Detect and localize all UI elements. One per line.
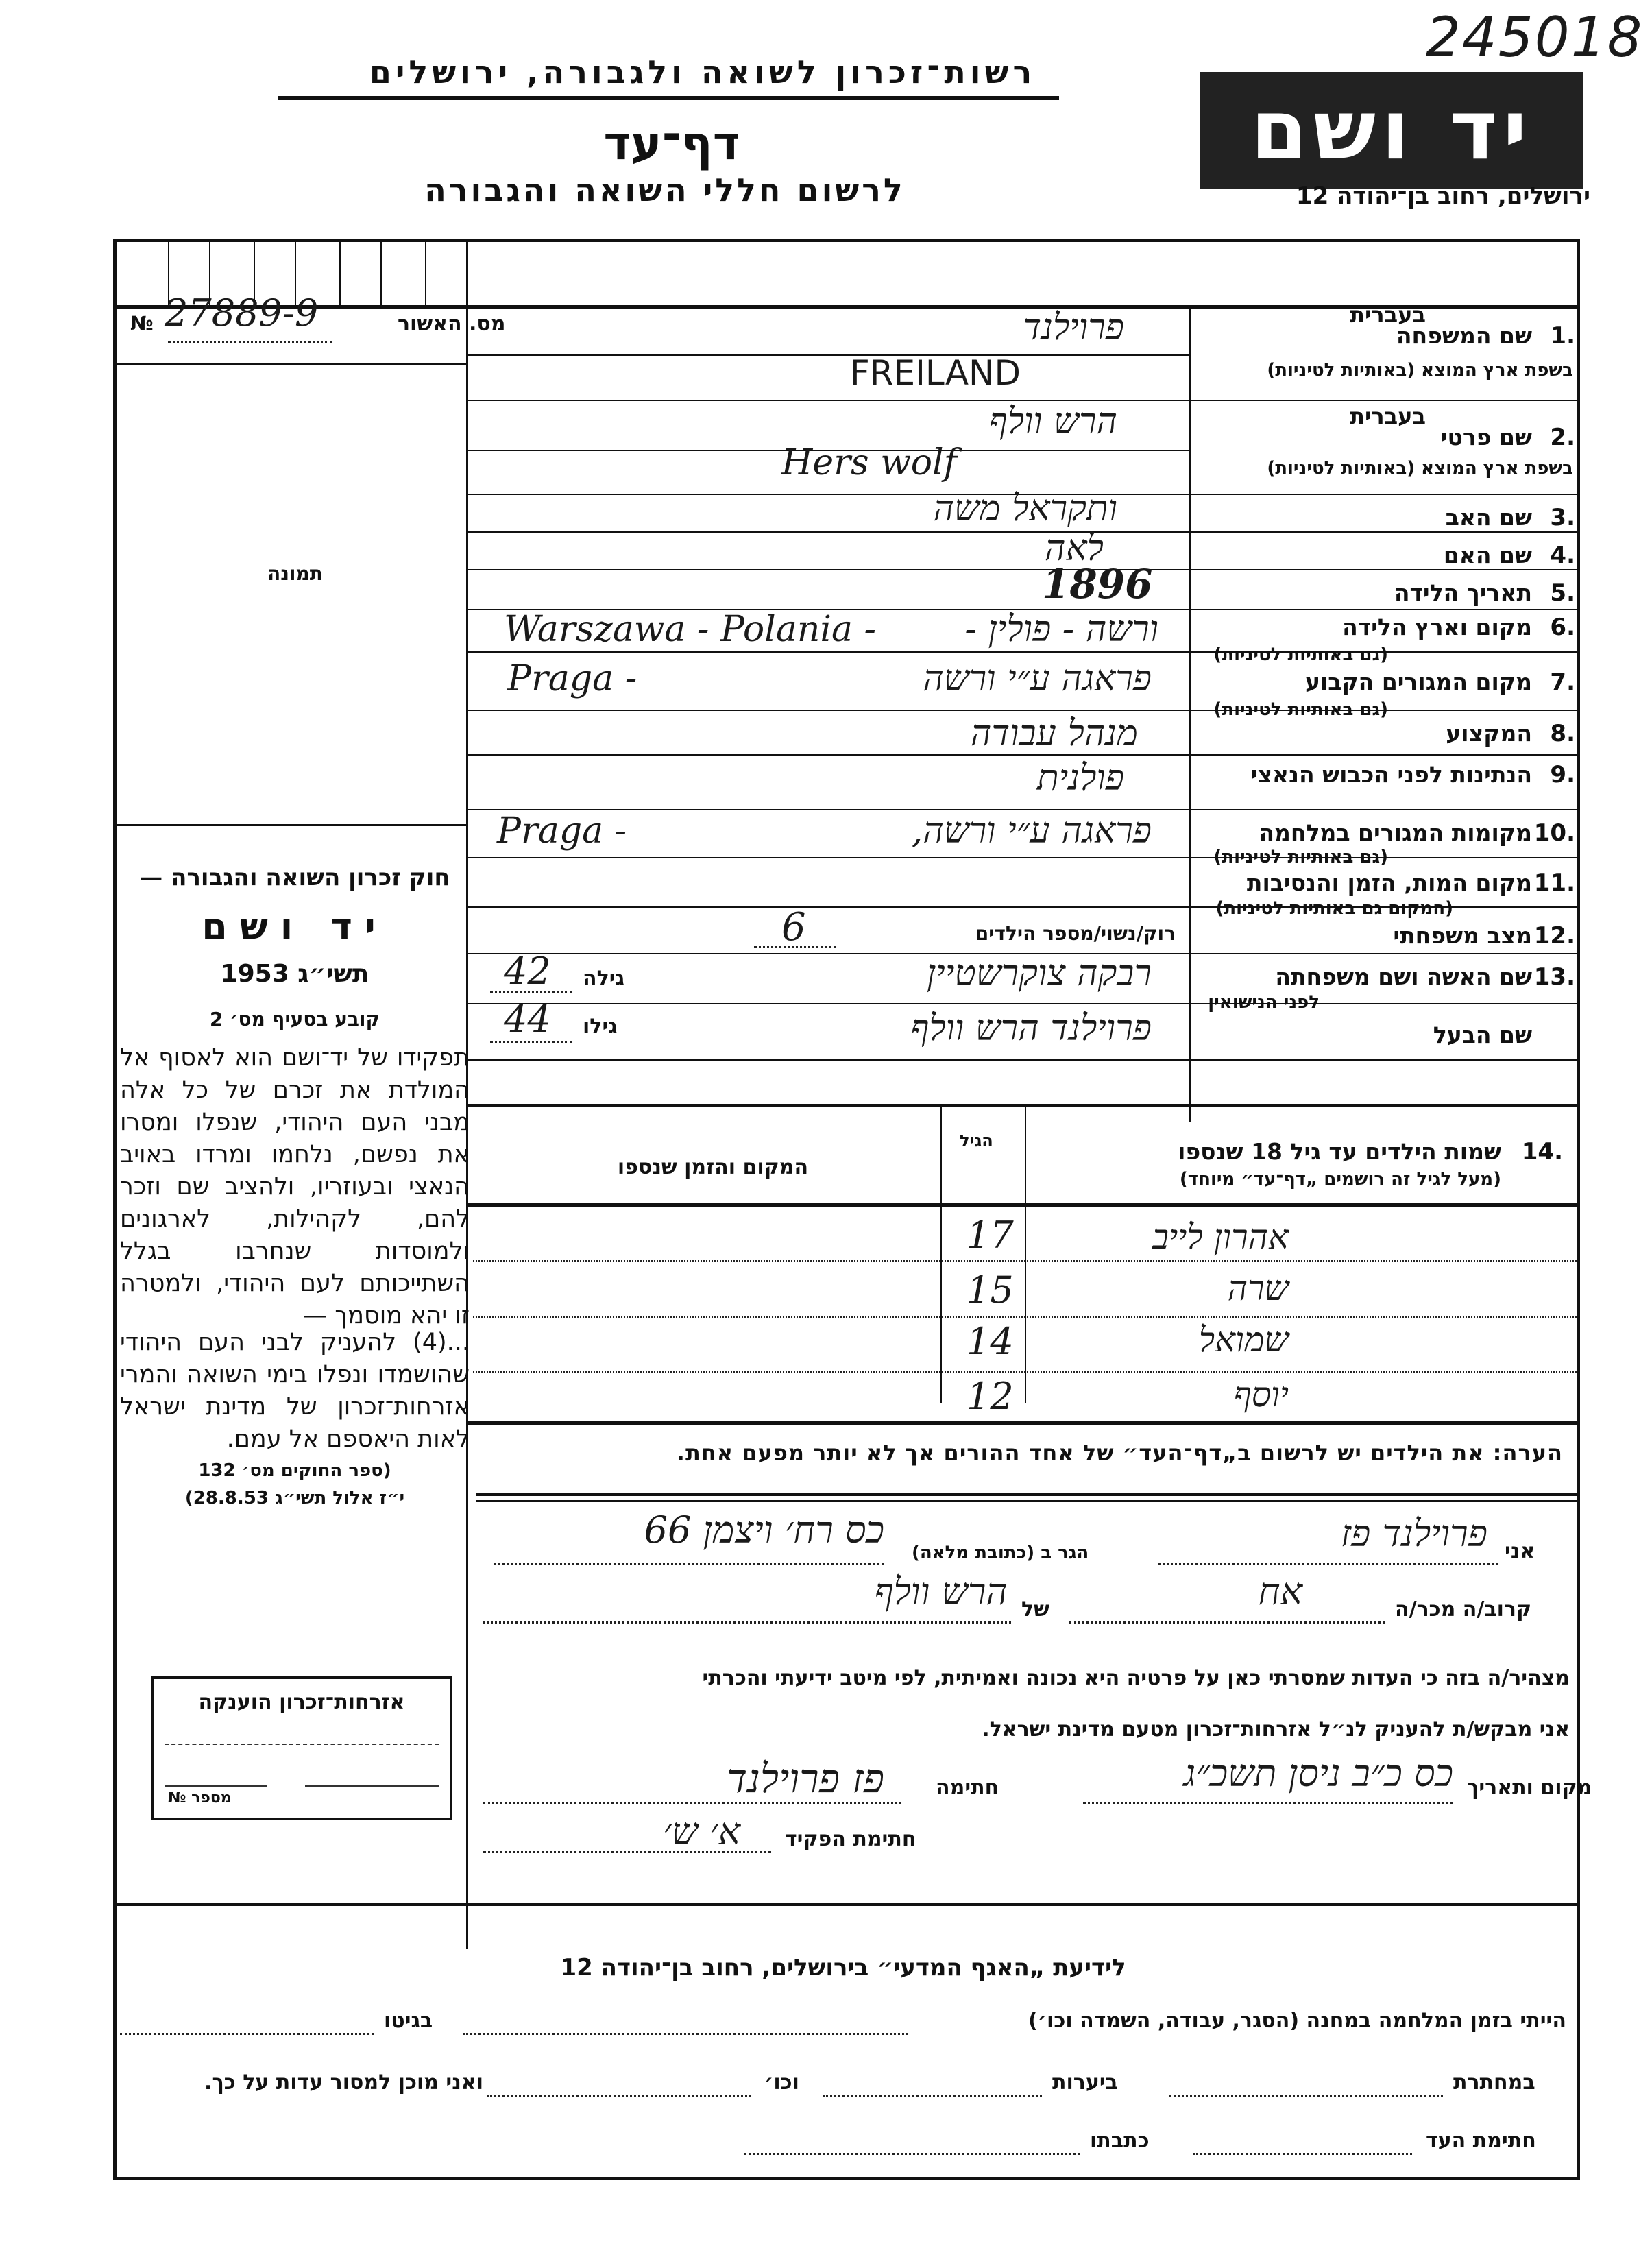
field-5-number: 5. — [1550, 579, 1575, 607]
children-note: הערה: את הילדים יש לרשום ב„דף־העד״ של אח… — [507, 1440, 1563, 1466]
wartime-residence-latin-value: Praga - — [497, 810, 627, 852]
birthplace-hebrew-value: ורשה - פולין - — [912, 609, 1158, 650]
underground-line — [1169, 2095, 1443, 2097]
father-name-value: ותקראל משה — [795, 488, 1117, 529]
children-names-subheader: (מעל לגיל זה רושמים „דף־עד״ מיוחד) — [1180, 1169, 1501, 1190]
ghetto-label: בגיטו — [384, 2009, 433, 2033]
bottom-section-rule — [113, 1903, 1580, 1906]
field-11-sublabel: (המקום גם באותיות לטיניות) — [1216, 898, 1453, 919]
header-rule — [278, 96, 1059, 100]
law-year: תשי״ג 1953 — [117, 960, 473, 988]
row-rule-heavy — [466, 1104, 1580, 1107]
row-rule — [466, 857, 1580, 858]
field-13-number: 13. — [1534, 963, 1575, 991]
residence-hebrew-value: פראגה ע״י ורשה — [864, 658, 1152, 699]
birth-date-value: 1896 — [1042, 561, 1152, 607]
law-reference-date: י״ז אלול תשי״ג 28.8.53) — [117, 1488, 473, 1508]
declaration-statement: מצהיר/ה בזה כי העדות שמסרתי כאן על פרטיה… — [494, 1666, 1570, 1690]
declarant-name-line — [1158, 1563, 1498, 1565]
field-4-label: שם האם — [1444, 542, 1532, 568]
etc-line — [487, 2095, 751, 2097]
declaration-top-rule — [476, 1493, 1580, 1496]
birthplace-latin-value: Warszawa - Polania - — [504, 609, 876, 650]
grid-cell-divider — [339, 240, 341, 306]
law-paragraph-1: תפקידו של יד־ושם הוא לאסוף אל המולדת את … — [120, 1042, 470, 1332]
children-table-header-rule — [466, 1203, 1580, 1207]
witness-signature-line — [1193, 2153, 1412, 2155]
field-7-number: 7. — [1550, 668, 1575, 696]
photo-bottom-rule — [117, 824, 466, 826]
citizenship-request: אני מבקש/ת להעניק לנ״ל אזרחות־זכרון מטעם… — [788, 1717, 1570, 1741]
signature-value: פז פרוילנד — [487, 1755, 884, 1802]
official-signature-label: חתימת הפקיד — [785, 1827, 916, 1851]
scientific-dept-title: לידיעת „האגף המדעי״ בירושלים, רחוב בן־יה… — [500, 1954, 1186, 1981]
grid-cell-divider — [466, 240, 468, 306]
row-rule — [466, 1003, 1580, 1004]
logo-address: ירושלים, רחוב בן־יהודה 12 — [1165, 182, 1590, 210]
children-row-rule — [473, 1371, 1577, 1373]
husband-age-label: גילו — [583, 1015, 618, 1039]
grid-cell-divider — [380, 240, 382, 306]
husband-age-line — [490, 1041, 572, 1043]
children-table-divider — [940, 1105, 942, 1403]
field-9-number: 9. — [1550, 761, 1575, 788]
row-rule — [466, 569, 1580, 570]
address-line — [494, 1563, 884, 1565]
wife-name-value: רבקה צוקרשטיין — [727, 953, 1152, 994]
child-age: 14 — [967, 1320, 1014, 1363]
law-title: חוק זכרון השואה והגבורה — — [117, 864, 473, 891]
field-4-number: 4. — [1550, 542, 1575, 569]
logo-text: יד ושם — [1250, 83, 1532, 178]
form-title: דף־עד — [480, 117, 864, 171]
husband-age-value: 44 — [504, 998, 551, 1041]
occupation-value: מנהל עבודה — [857, 713, 1138, 754]
field-7-sublabel: (גם באותיות לטיניות) — [1213, 699, 1388, 720]
approval-number-label: מס. האשור — [398, 312, 506, 336]
field-8-label: המקצוע — [1446, 720, 1532, 747]
law-reference: (ספר החוקים מס׳ 132 — [117, 1460, 473, 1481]
citizenship-line — [165, 1744, 439, 1745]
row-rule — [466, 354, 1189, 356]
witness-address-line — [744, 2153, 1080, 2155]
row-rule — [466, 1059, 1580, 1061]
surname-hebrew-value: פרוילנד — [836, 307, 1124, 348]
field-3-label: שם האב — [1446, 504, 1532, 531]
underground-label: במחתרת — [1453, 2071, 1535, 2095]
children-age-header: הגיל — [960, 1131, 993, 1150]
forests-line — [823, 2095, 1042, 2097]
place-date-value: כס כ״ב ניסן תשכ״ג — [1097, 1752, 1453, 1795]
field-1-label: שם המשפחה — [1396, 322, 1532, 349]
field-11-label: מקום המות, הזמן והנסיבות — [1247, 869, 1532, 896]
signature-line — [483, 1802, 901, 1804]
law-section: קובע בסעיף מס׳ 2 — [117, 1008, 473, 1030]
testimony-willing-label: ואני מוכן למסור עדות על כך. — [120, 2071, 483, 2095]
field-10-sublabel: (גם באותיות לטיניות) — [1213, 847, 1388, 867]
approval-bottom-rule — [117, 363, 466, 365]
wartime-residence-hebrew-value: פראגה ע״י ורשה, — [864, 810, 1152, 852]
address-value: כס רח׳ ויצמן 66 — [500, 1508, 884, 1552]
child-age: 12 — [967, 1375, 1014, 1418]
forests-label: ביערות — [1052, 2071, 1118, 2095]
law-yad-vashem-heading: יד ושם — [117, 905, 473, 948]
child-name: אהרון לייב — [1069, 1217, 1289, 1257]
of-name-line — [483, 1621, 1011, 1624]
citizenship-box-title: אזרחות־זכרון הוענקה — [165, 1690, 439, 1714]
field-6-sublabel: (גם באותיות לטיניות) — [1213, 644, 1388, 665]
field-12-label: מצב משפחתי — [1393, 922, 1532, 949]
residence-latin-value: Praga - — [507, 658, 637, 699]
given-name-latin-value: Hers wolf — [781, 442, 957, 483]
children-table-bottom-rule — [466, 1421, 1580, 1425]
place-date-line — [1083, 1802, 1453, 1804]
yad-vashem-logo: יד ושם — [1200, 72, 1583, 189]
of-label: של — [1021, 1597, 1049, 1621]
child-age: 17 — [967, 1214, 1014, 1257]
witness-signature-label: חתימת העד — [1426, 2129, 1536, 2153]
ghetto-line — [120, 2033, 374, 2035]
relation-label: קרוב/ה מכר/ה — [1395, 1597, 1531, 1621]
approval-number-value: 27889-9 — [165, 291, 318, 335]
children-section-number: 14. — [1522, 1138, 1563, 1166]
approval-number-line — [168, 341, 332, 343]
field-8-number: 8. — [1550, 720, 1575, 747]
field-6-label: מקום וארץ הלידה — [1342, 614, 1532, 640]
citizenship-line — [305, 1785, 439, 1787]
field-2-label: שם פרטי — [1441, 424, 1532, 450]
law-paragraph-2: ...(4) להעניק לבני העם היהודי שהושמדו ונ… — [120, 1327, 470, 1456]
field-6-number: 6. — [1550, 614, 1575, 641]
husband-name-value: פרוילנד הרש וולף — [720, 1008, 1152, 1049]
husband-name-label: שם הבעל — [1433, 1022, 1532, 1048]
children-count-value: 6 — [781, 905, 806, 950]
field-11-number: 11. — [1534, 869, 1575, 897]
grid-cell-divider — [425, 240, 426, 306]
wife-age-label: גילה — [583, 967, 624, 991]
children-names-header: שמות הילדים עד גיל 18 שנספו — [1178, 1138, 1501, 1165]
camp-line — [463, 2033, 908, 2035]
signature-label: חתימה — [936, 1776, 999, 1800]
children-row-rule — [473, 1260, 1577, 1262]
child-name: שרה — [1069, 1268, 1289, 1308]
field-2-number: 2. — [1550, 424, 1575, 451]
form-subtitle: לרשום חללי השואה והגבורה — [356, 171, 973, 208]
field-10-label: מקומות המגורים במלחמה — [1259, 819, 1532, 846]
children-row-rule — [473, 1316, 1577, 1318]
relation-value: אח — [1152, 1570, 1302, 1613]
camp-line-label: הייתי בזמן המלחמה במחנה (הסגר, עבודה, הש… — [915, 2009, 1566, 2033]
field-2-lang-tag: בעברית — [1350, 403, 1426, 429]
field-9-label: הנתינות לפני הכבוש הנאצי — [1251, 761, 1532, 788]
field-5-label: תאריך הלידה — [1394, 579, 1532, 606]
row-rule — [466, 710, 1580, 711]
surname-latin-value: FREILAND — [850, 353, 1021, 393]
given-name-hebrew-value: הרש וולף — [795, 401, 1117, 442]
children-place-header: המקום והזמן שנספו — [535, 1155, 891, 1179]
number-sign: № — [130, 312, 154, 335]
row-rule — [466, 651, 1580, 653]
field-2-sublabel: בשפת ארץ המוצא (באותיות לטיניות) — [1267, 458, 1573, 479]
field-7-label: מקום המגורים הקבוע — [1305, 668, 1532, 695]
citizenship-line — [165, 1785, 267, 1787]
relation-line — [1069, 1621, 1385, 1624]
declarant-label: אני — [1505, 1539, 1535, 1563]
official-signature-value: א׳ ש׳ — [535, 1810, 740, 1853]
declaration-top-rule-thin — [476, 1500, 1580, 1502]
photo-placeholder-label: תמונה — [267, 562, 323, 585]
residing-label: הגר ב (כתובת מלאה) — [912, 1543, 1089, 1563]
row-rule — [466, 754, 1580, 756]
child-age: 15 — [967, 1268, 1014, 1312]
archive-number: 245018 — [1426, 5, 1643, 69]
field-1-number: 1. — [1550, 322, 1575, 350]
field-1-sublabel: בשפת ארץ המוצא (באותיות לטיניות) — [1267, 360, 1573, 381]
of-name-value: הרש וולף — [720, 1570, 1008, 1613]
child-name: יוסף — [1069, 1375, 1289, 1414]
citizenship-number-label: מספר № — [168, 1789, 232, 1807]
field-10-number: 10. — [1534, 819, 1575, 847]
field-13-label: שם האשה ושם משפחתה — [1275, 963, 1532, 990]
institution-name: רשות־זכרון לשואה ולגבורה, ירושלים — [274, 53, 1131, 91]
address-label: כתבתו — [1090, 2129, 1150, 2153]
field-12-number: 12. — [1534, 922, 1575, 950]
marital-status-inline-label: רוק/נשוי/מספר הילדים — [823, 922, 1176, 945]
wife-age-value: 42 — [504, 950, 551, 993]
field-13-sublabel: לפני הנישואין — [1208, 992, 1320, 1013]
children-table-divider — [1025, 1105, 1026, 1403]
etc-label: וכו׳ — [764, 2071, 799, 2095]
child-name: שמואל — [1069, 1320, 1289, 1360]
declarant-name-value: פרוילנד פז — [1165, 1512, 1487, 1555]
nationality-value: פולנית — [891, 758, 1124, 799]
field-3-number: 3. — [1550, 504, 1575, 531]
place-date-label: מקום ותאריך — [1467, 1776, 1592, 1800]
label-column-divider — [1189, 306, 1191, 1122]
